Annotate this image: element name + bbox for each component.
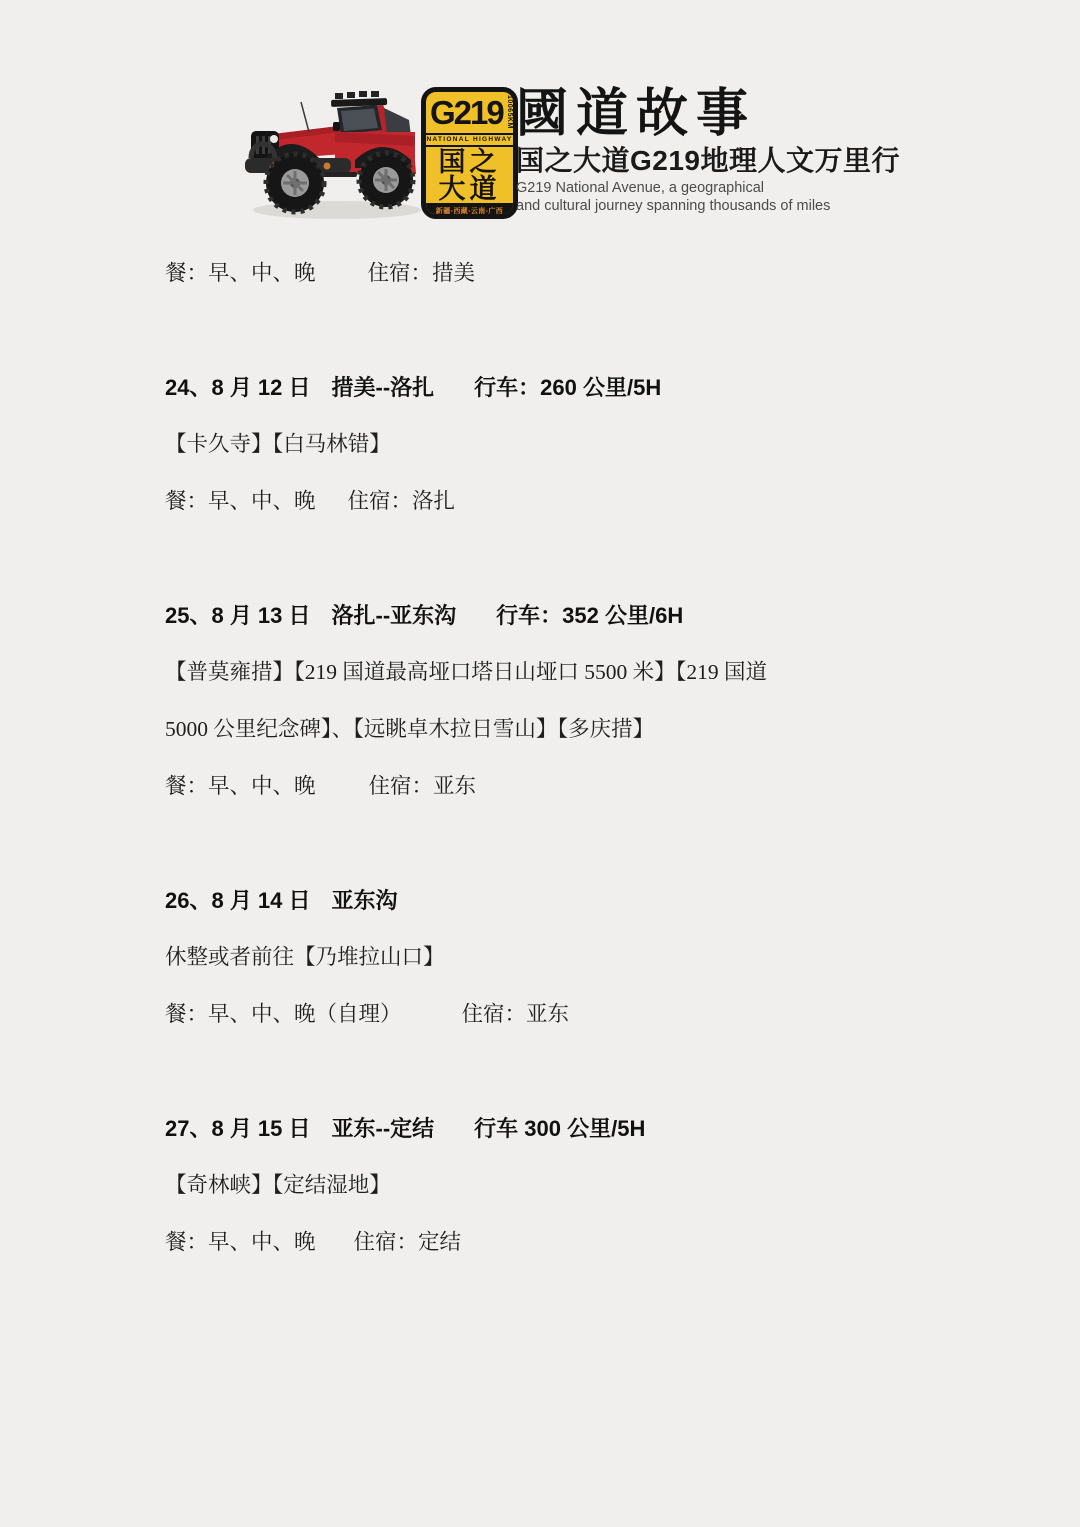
meals-text: 餐：早、中、晚 <box>165 774 316 798</box>
day-date: 27、8 月 15 日 <box>165 1116 311 1141</box>
day-route: 洛扎--亚东沟 <box>332 603 457 628</box>
day-heading: 25、8 月 13 日洛扎--亚东沟行车：352 公里/6H <box>165 587 935 644</box>
day-route: 亚东沟 <box>332 888 398 913</box>
meals-text: 餐：早、中、晚（自理） <box>165 1002 402 1026</box>
day-section-27: 27、8 月 15 日亚东--定结行车 300 公里/5H 【奇林峡】【定结湿地… <box>165 1100 935 1271</box>
day-drive: 行车 300 公里/5H <box>474 1116 645 1141</box>
day-drive: 行车：352 公里/6H <box>496 603 683 628</box>
lodging-text: 住宿：亚东 <box>462 1002 570 1026</box>
day-date: 24、8 月 12 日 <box>165 375 311 400</box>
meals-text: 餐：早、中、晚 <box>165 489 316 513</box>
meal-lodging-line: 餐：早、中、晚（自理）住宿：亚东 <box>165 986 935 1043</box>
logo-title: 國道故事 <box>516 86 900 144</box>
logo-subtitle: 国之大道G219地理人文万里行 <box>516 145 900 177</box>
itinerary-content: 餐：早、中、晚住宿：措美 24、8 月 12 日措美--洛扎行车：260 公里/… <box>165 245 935 1271</box>
spots-line: 【奇林峡】【定结湿地】 <box>165 1157 935 1214</box>
badge-top: G219 10065KM <box>426 92 513 135</box>
badge-regions-strip: 新疆-西藏-云南-广西 <box>426 203 513 219</box>
logo-english-line2: and cultural journey spanning thousands … <box>516 198 900 216</box>
logo-title-block: 國道故事 国之大道G219地理人文万里行 G219 National Avenu… <box>516 86 900 215</box>
lodging-text: 住宿：亚东 <box>369 774 477 798</box>
meal-lodging-line: 餐：早、中、晚住宿：洛扎 <box>165 473 935 530</box>
lodging-text: 住宿：洛扎 <box>348 489 456 513</box>
logo-english: G219 National Avenue, a geographical and… <box>516 180 900 215</box>
spots-line: 【普莫雍措】【219 国道最高垭口塔日山垭口 5500 米】【219 国道 <box>165 644 935 701</box>
day-heading: 26、8 月 14 日亚东沟 <box>165 872 935 929</box>
day-route: 亚东--定结 <box>332 1116 435 1141</box>
activity-line: 休整或者前往【乃堆拉山口】 <box>165 929 935 986</box>
badge-national-highway: NATIONAL HIGHWAY <box>426 135 513 147</box>
day-section-26: 26、8 月 14 日亚东沟 休整或者前往【乃堆拉山口】 餐：早、中、晚（自理）… <box>165 872 935 1043</box>
day-route: 措美--洛扎 <box>332 375 435 400</box>
day-heading: 24、8 月 12 日措美--洛扎行车：260 公里/5H <box>165 359 935 416</box>
day-section-25: 25、8 月 13 日洛扎--亚东沟行车：352 公里/6H 【普莫雍措】【21… <box>165 587 935 815</box>
meals-text: 餐：早、中、晚 <box>165 261 316 285</box>
jeep-image <box>243 76 437 226</box>
spots-line: 5000 公里纪念碑】、【远眺卓木拉日雪山】【多庆措】 <box>165 701 935 758</box>
lodging-text: 住宿：措美 <box>368 261 476 285</box>
lodging-text: 住宿：定结 <box>354 1230 462 1254</box>
meal-lodging-line: 餐：早、中、晚住宿：定结 <box>165 1214 935 1271</box>
day-heading: 27、8 月 15 日亚东--定结行车 300 公里/5H <box>165 1100 935 1157</box>
logo-english-line1: G219 National Avenue, a geographical <box>516 180 900 198</box>
meal-lodging-line: 餐：早、中、晚住宿：亚东 <box>165 758 935 815</box>
day-section-24: 24、8 月 12 日措美--洛扎行车：260 公里/5H 【卡久寺】【白马林错… <box>165 359 935 530</box>
g219-badge: G219 10065KM NATIONAL HIGHWAY 国之 大道 新疆-西… <box>421 87 518 219</box>
day-drive: 行车：260 公里/5H <box>474 375 661 400</box>
badge-name-line2: 大道 <box>426 176 513 203</box>
meal-lodging-line: 餐：早、中、晚住宿：措美 <box>165 245 935 302</box>
day-date: 25、8 月 13 日 <box>165 603 311 628</box>
header-logo: G219 10065KM NATIONAL HIGHWAY 国之 大道 新疆-西… <box>0 0 1080 240</box>
day-date: 26、8 月 14 日 <box>165 888 311 913</box>
badge-name: 国之 大道 <box>426 147 513 203</box>
page: G219 10065KM NATIONAL HIGHWAY 国之 大道 新疆-西… <box>0 0 1080 1527</box>
badge-distance-vertical: 10065KM <box>505 95 513 129</box>
meals-text: 餐：早、中、晚 <box>165 1230 316 1254</box>
badge-code: G219 <box>426 92 513 133</box>
badge-name-line1: 国之 <box>426 149 513 176</box>
spots-line: 【卡久寺】【白马林错】 <box>165 416 935 473</box>
